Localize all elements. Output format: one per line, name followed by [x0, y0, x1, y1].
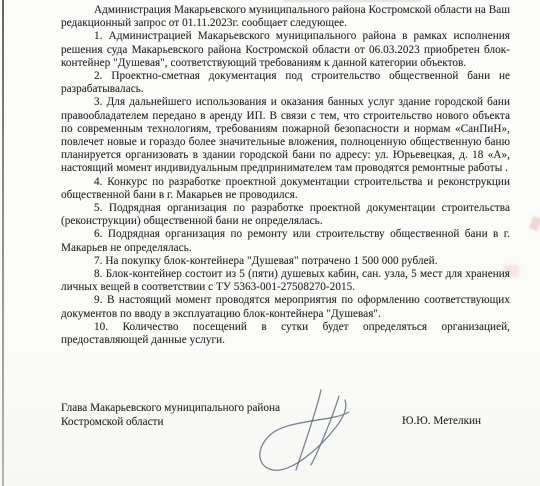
scan-artifact-pink [529, 216, 540, 231]
letter-item-3: 3. Для дальнейшего использования и оказа… [61, 96, 510, 175]
letter-item-5: 5. Подрядная организация по разработке п… [61, 202, 510, 228]
letter-item-1: 1. Администрацией Макарьевского муниципа… [61, 30, 510, 70]
signature-stroke [260, 400, 349, 470]
scanned-letter-page: Администрация Макарьевского муниципально… [0, 0, 540, 486]
letter-item-6: 6. Подрядная организация по ремонту или … [61, 228, 510, 254]
signature-stroke [311, 396, 339, 465]
scan-artifact-top [283, 0, 421, 2]
signer-name: Ю.Ю. Метелкин [402, 415, 481, 429]
handwritten-signature-icon [252, 386, 370, 481]
letter-item-4: 4. Конкурс по разработке проектной докум… [61, 176, 510, 202]
letter-item-9: 9. В настоящий момент проводятся меропри… [61, 294, 510, 320]
letter-item-10: 10. Количество посещений в сутки будет о… [61, 321, 510, 347]
letter-item-2: 2. Проектно-сметная документация под стр… [61, 70, 510, 96]
letter-intro: Администрация Макарьевского муниципально… [61, 4, 510, 30]
letter-body: Администрация Макарьевского муниципально… [61, 4, 510, 347]
letter-item-7: 7. На покупку блок-контейнера "Душевая" … [61, 255, 510, 268]
letter-item-8: 8. Блок-контейнер состоит из 5 (пяти) ду… [61, 268, 510, 294]
scan-edge-line [2, 0, 4, 486]
signature-stroke [296, 390, 321, 470]
